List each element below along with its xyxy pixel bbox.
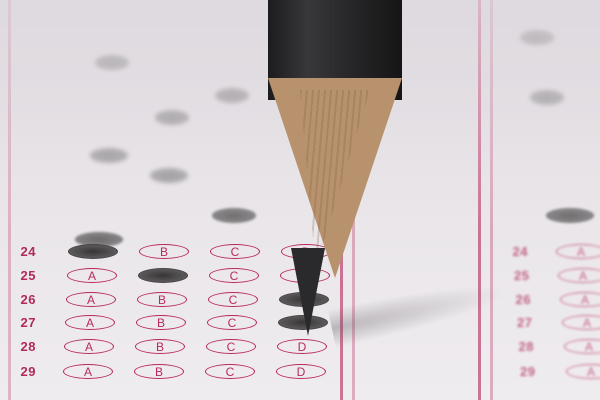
answer-bubble-a[interactable]: A <box>562 315 600 330</box>
question-number: 27 <box>493 315 533 330</box>
pencil-graphite-tip <box>291 248 325 336</box>
answer-bubble-a[interactable]: A <box>566 364 600 379</box>
question-number: 24 <box>488 244 528 259</box>
answer-bubble-a[interactable]: A <box>556 244 600 259</box>
answer-bubble-a[interactable]: A <box>558 268 600 283</box>
question-number: 28 <box>494 339 534 354</box>
question-number: 29 <box>496 364 536 379</box>
answer-bubble-a[interactable]: A <box>560 292 600 307</box>
photo-scene: 24ABCD25ABCD26ABCD27ABCD28ABCD29ABCD 24A… <box>0 0 600 400</box>
answer-bubble-a[interactable]: A <box>564 339 600 354</box>
